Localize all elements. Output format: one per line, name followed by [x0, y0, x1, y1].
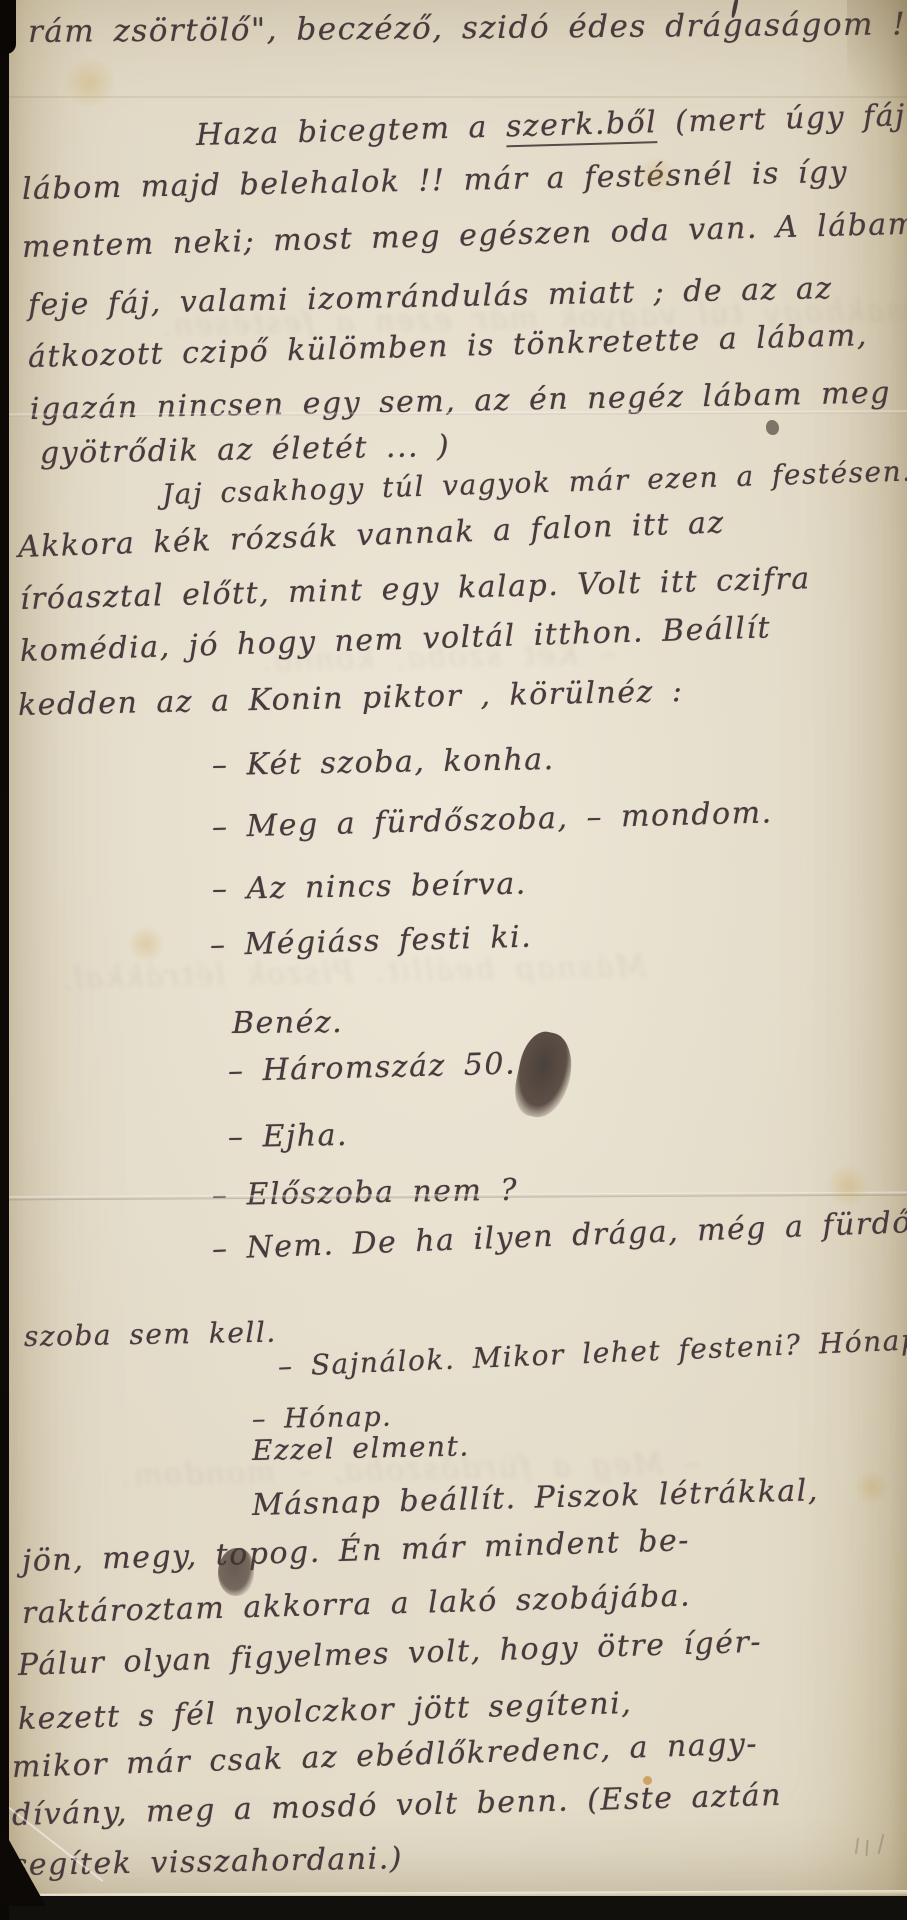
paper-stain	[824, 1166, 872, 1206]
letter-line: mentem neki; most meg egészen oda van. A…	[22, 206, 907, 265]
letter-line: segítek visszahordani.)	[12, 1841, 404, 1883]
scan-background-left	[0, 0, 9, 1920]
paper-stain	[60, 60, 120, 106]
letter-dialogue-line: – Sajnálok. Mikor lehet festeni? Hónap?	[277, 1322, 907, 1383]
paper-corner-cut	[0, 1824, 46, 1906]
letter-dialogue-line: – Meg a fürdőszoba, – mondom.	[212, 795, 773, 845]
letter-line: szoba sem kell.	[24, 1316, 277, 1353]
letter-line: kezett s fél nyolczkor jött segíteni,	[18, 1686, 633, 1737]
letter-dialogue-line: – Két szoba, konha.	[212, 742, 555, 783]
scan-background-left	[0, 0, 16, 54]
letter-line: íróasztal előtt, mint egy kalap. Volt it…	[20, 561, 812, 617]
paper-stain	[126, 926, 166, 962]
scanned-letter-page: Jaj csakhogy túl vagyok már ezen a festé…	[0, 0, 907, 1920]
paper-stain	[854, 1470, 890, 1504]
pencil-mark	[865, 1840, 868, 1856]
letter-line: jön, megy, topog. Én már mindent be-	[21, 1523, 690, 1579]
letter-line: igazán nincsen egy sem, az én negéz lába…	[30, 375, 892, 427]
ink-speck	[766, 420, 779, 435]
letter-dialogue-line: – Előszoba nem ?	[212, 1173, 519, 1213]
letter-line: dívány, meg a mosdó volt benn. (Este azt…	[12, 1778, 783, 1833]
letter-line: rám zsörtölő", beczéző, szidó édes drága…	[28, 6, 907, 50]
letter-line: lábom majd belehalok !! már a festésnél …	[22, 155, 849, 207]
paper-stain	[636, 158, 678, 192]
letter-line-segment: Haza bicegtem a	[196, 109, 507, 153]
letter-dialogue-line: – Ejha.	[228, 1118, 349, 1155]
letter-line: raktároztam akkorra a lakó szobájába.	[22, 1578, 692, 1631]
letter-line: Akkora kék rózsák vannak a falon itt az	[17, 505, 725, 565]
letter-dialogue-line: – Nem. De ha ilyen drága, még a fürdő-	[211, 1205, 907, 1267]
letter-dialogue-line: – Hónap.	[252, 1402, 393, 1435]
letter-line: Haza bicegtem a szerk.ből (mert úgy fáj …	[196, 97, 907, 153]
letter-line: Ezzel elment.	[252, 1429, 470, 1467]
fold-crease	[0, 96, 907, 98]
scan-background-bottom	[0, 1896, 907, 1920]
paper-corner-shading	[847, 0, 907, 140]
letter-line: Pálur olyan figyelmes volt, hogy ötre íg…	[17, 1625, 762, 1683]
ink-blot	[218, 1548, 254, 1596]
letter-line: kedden az a Konin piktor , körülnéz :	[18, 674, 684, 723]
orange-speck	[643, 1776, 652, 1785]
letter-dialogue-line: – Háromszáz 50.	[228, 1046, 517, 1089]
ink-blot	[510, 1028, 579, 1123]
letter-line: gyötrődik az életét ... )	[40, 429, 451, 471]
underlined-word: szerk.ből	[505, 105, 657, 147]
pencil-mark	[878, 1834, 885, 1854]
pencil-mark	[855, 1838, 859, 1854]
letter-dialogue-line: – Az nincs beírva.	[212, 867, 527, 907]
letter-line: Benéz.	[232, 1005, 344, 1041]
